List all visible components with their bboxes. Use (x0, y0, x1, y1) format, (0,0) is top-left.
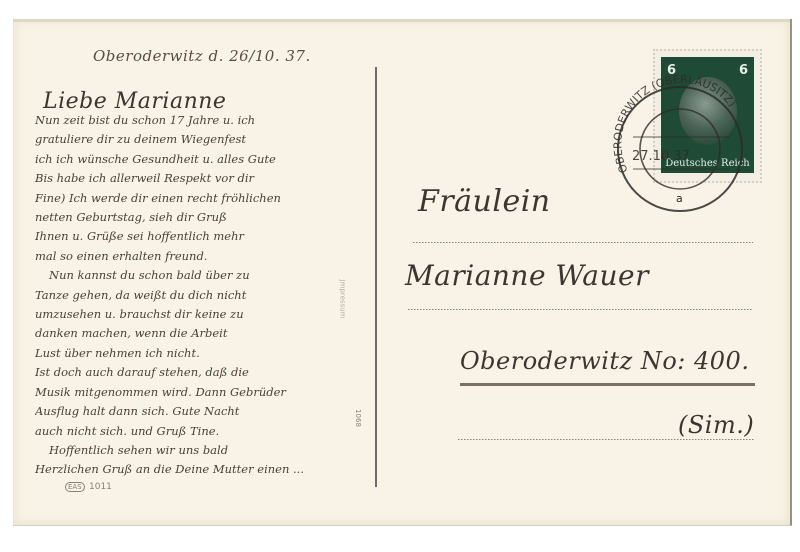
message-line: Tanze gehen, da weißt du dich nicht (35, 286, 380, 305)
message-line: Ihnen u. Grüße sei hoffentlich mehr (35, 227, 380, 246)
message-line: umzusehen u. brauchst dir keine zu (35, 305, 380, 324)
address-name: Marianne Wauer (405, 259, 649, 292)
message-line: netten Geburtstag, sieh dir Gruß (35, 208, 380, 227)
left-margin-code: Jmpressum (338, 280, 346, 319)
message-line: gratuliere dir zu deinem Wiegenfest (35, 130, 380, 149)
message-line: ich ich wünsche Gesundheit u. alles Gute (35, 150, 380, 169)
message-line: Nun zeit bist du schon 17 Jahre u. ich (35, 111, 380, 130)
message-line: Fine) Ich werde dir einen recht fröhlich… (35, 189, 380, 208)
message-line: Bis habe ich allerweil Respekt vor dir (35, 169, 380, 188)
address-street: Oberoderwitz No: 400. (460, 347, 749, 375)
address-title: Fräulein (418, 184, 551, 219)
address-line-3 (460, 383, 755, 386)
message-line: danken machen, wenn die Arbeit (35, 324, 380, 343)
message-line: Musik mitgenommen wird. Dann Gebrüder (35, 383, 380, 402)
postmark-icon: OBERODERWITZ (OBERLAUSITZ) 27.10.37 a (608, 71, 753, 216)
message-line: Herzlichen Gruß an die Deine Mutter eine… (35, 460, 380, 479)
address-line-1 (413, 242, 753, 243)
message-line: Nun kannst du schon bald über zu (35, 266, 380, 285)
svg-text:a: a (676, 192, 683, 205)
address-region: (Sim.) (678, 411, 754, 439)
address-line-4 (458, 439, 755, 440)
message-line: Lust über nehmen ich nicht. (35, 344, 380, 363)
card-number: 1011 (89, 482, 112, 492)
date-line: Oberoderwitz d. 26/10. 37. (93, 47, 311, 65)
address-line-2 (408, 309, 753, 310)
svg-text:27.10.37: 27.10.37 (632, 149, 690, 164)
publisher-logo: EAS (65, 482, 85, 492)
postcard: Oberoderwitz d. 26/10. 37. Liebe Mariann… (13, 19, 792, 526)
message-line: Hoffentlich sehen wir uns bald (35, 441, 380, 460)
message-line: Ist doch auch darauf stehen, daß die (35, 363, 380, 382)
message-body: Nun zeit bist du schon 17 Jahre u. ichgr… (35, 111, 380, 480)
center-divider (375, 67, 377, 487)
vertical-print-code: 1068 (354, 409, 362, 427)
message-line: auch nicht sich. und Gruß Tine. (35, 422, 380, 441)
message-line: mal so einen erhalten freund. (35, 247, 380, 266)
message-line: Ausflug halt dann sich. Gute Nacht (35, 402, 380, 421)
